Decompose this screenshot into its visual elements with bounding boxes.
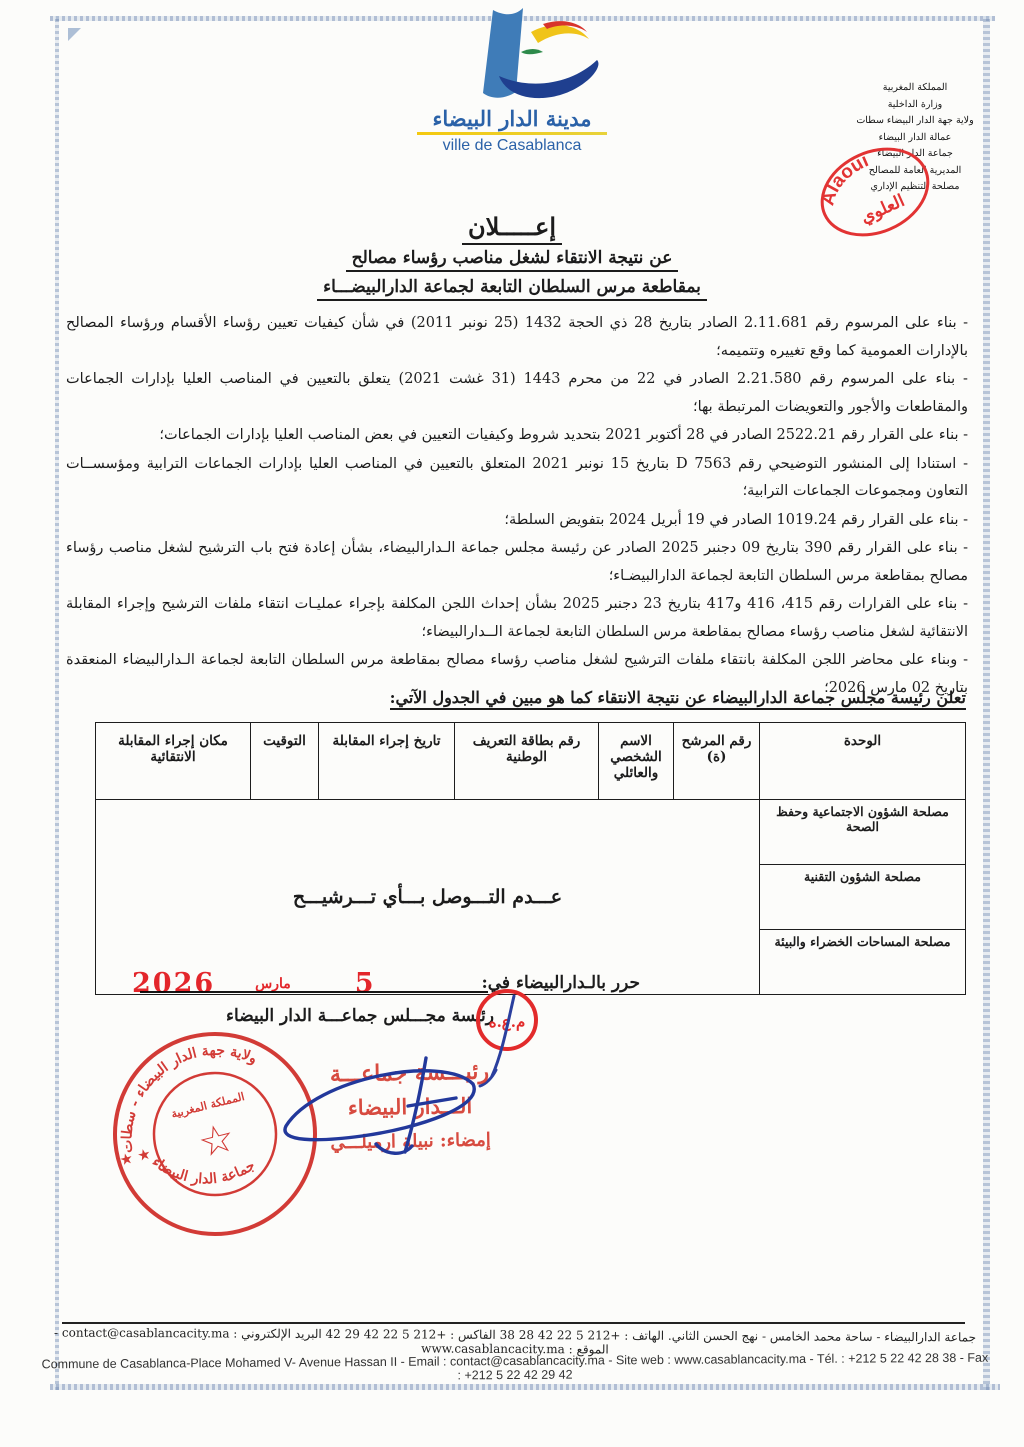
result-cell: عـــدم التـــوصل بـــأي تـــرشيـــح xyxy=(96,800,760,995)
results-table: الوحدة رقم المرشح (ة) الاسم الشخصي والعا… xyxy=(95,722,966,995)
date-day: 5 xyxy=(355,968,374,999)
scanned-announcement-document: مدينة الدار البيضاء ville de Casablanca … xyxy=(0,0,1024,1447)
city-logo: مدينة الدار البيضاء ville de Casablanca xyxy=(392,6,632,155)
handwritten-signature xyxy=(258,1048,528,1188)
preamble-clause: - بناء على القرار رقم 1019.24 الصادر في … xyxy=(66,507,968,535)
col-header-time: التوقيت xyxy=(251,723,319,800)
preamble-clause: - استنادا إلى المنشور التوضيحي رقم D 756… xyxy=(66,451,968,506)
announcement-declaration-line: تعلن رئيسة مجلس جماعة الدارالبيضاء عن نت… xyxy=(390,688,966,707)
authority-line: وزارة الداخلية xyxy=(850,97,980,114)
col-header-interview-place: مكان إجراء المقابلة الانتقائية xyxy=(96,723,251,800)
seal-inner-text: المملكة المغربية xyxy=(170,1090,246,1121)
unit-cell: مصلحة المساحات الخضراء والبيئة xyxy=(760,930,966,995)
date-rule-line xyxy=(140,991,488,993)
col-header-unit: الوحدة xyxy=(760,723,966,800)
announcement-subtitle-2: بمقاطعة مرس السلطان التابعة لجماعة الدار… xyxy=(0,277,1024,297)
table-row: مصلحة الشؤون الاجتماعية وحفظ الصحة عـــد… xyxy=(96,800,966,865)
unit-cell: مصلحة الشؤون التقنية xyxy=(760,865,966,930)
table-header-row: الوحدة رقم المرشح (ة) الاسم الشخصي والعا… xyxy=(96,723,966,800)
authority-line: ولاية جهة الدار البيضاء سطات xyxy=(850,113,980,130)
preamble-clause: - بناء على المرسوم رقم 2.21.580 الصادر ف… xyxy=(66,366,968,421)
footer-divider xyxy=(62,1322,965,1324)
seal-top-text: ولاية جهة الدار البيضاء - سطات xyxy=(100,1031,276,1157)
casablanca-logo-icon xyxy=(407,6,617,102)
scan-corner-artifact xyxy=(68,28,81,41)
announcement-subtitle-1: عن نتيجة الانتقاء لشغل مناصب رؤساء مصالح xyxy=(0,248,1024,268)
scan-border-bottom xyxy=(50,1384,1000,1390)
seal-star-icon: ☆ xyxy=(194,1114,240,1167)
logo-underline xyxy=(417,132,607,135)
date-year: 2026 xyxy=(132,968,215,999)
col-header-name: الاسم الشخصي والعائلي xyxy=(599,723,674,800)
col-header-id-card: رقم بطاقة التعريف الوطنية xyxy=(455,723,599,800)
col-header-candidate-number: رقم المرشح (ة) xyxy=(674,723,760,800)
date-month: مارس xyxy=(255,976,291,992)
preamble-clause: - بناء على القرارات رقم 415، 416 و417 بت… xyxy=(66,591,968,646)
legal-preamble: - بناء على المرسوم رقم 2.11.681 الصادر ب… xyxy=(66,310,968,703)
unit-cell: مصلحة الشؤون الاجتماعية وحفظ الصحة xyxy=(760,800,966,865)
date-stamp: 2026 مارس 5 xyxy=(132,968,482,999)
preamble-clause: - بناء على القرار رقم 390 بتاريخ 09 دجنب… xyxy=(66,535,968,590)
logo-french-name: ville de Casablanca xyxy=(392,137,632,155)
logo-arabic-name: مدينة الدار البيضاء xyxy=(392,106,632,131)
preamble-clause: - بناء على المرسوم رقم 2.11.681 الصادر ب… xyxy=(66,310,968,365)
announcement-title: إعـــــلان xyxy=(0,212,1024,241)
col-header-interview-date: تاريخ إجراء المقابلة xyxy=(319,723,455,800)
footer-contact-french: Commune de Casablanca-Place Mohamed V- A… xyxy=(40,1351,990,1386)
authority-line: المملكة المغربية xyxy=(850,80,980,97)
svg-text:ولاية جهة الدار البيضاء - سطات: ولاية جهة الدار البيضاء - سطات xyxy=(100,1031,276,1157)
preamble-clause: - بناء على القرار رقم 2522.21 الصادر في … xyxy=(66,422,968,450)
